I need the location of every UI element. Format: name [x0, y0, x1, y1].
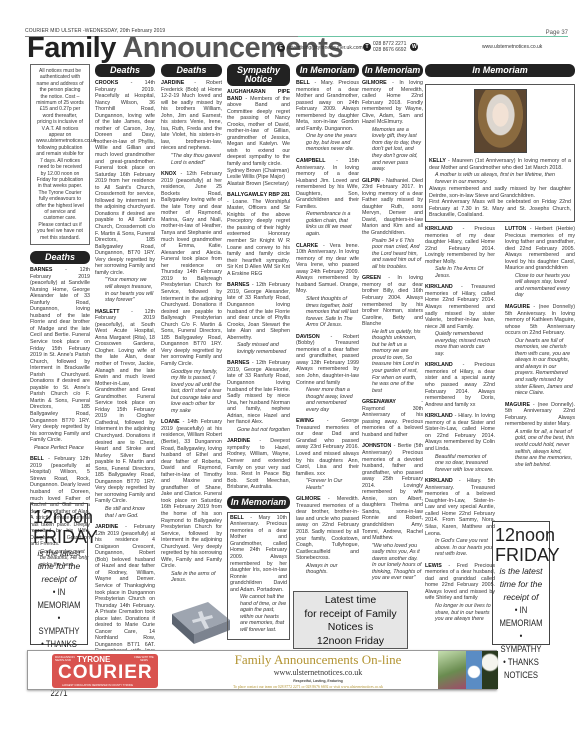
- column-2: Deaths CROOKS - 14th February 2019. Peac…: [95, 64, 155, 694]
- family-photo: [438, 651, 466, 689]
- kelly-memorial-box: KELLY - Maureen (1st Anniversary) In lov…: [425, 84, 575, 222]
- notice-item: MAGUIRE - (nee Donnelly). 5th Anniversar…: [505, 402, 575, 468]
- dove-photo: [466, 651, 482, 689]
- phone-2: 028 8676 6692: [373, 47, 406, 53]
- notice-info-box: All notices must be authenticated with n…: [30, 64, 90, 245]
- notice-item: JOHNSTON - Bertie (5th Anniversary) Prec…: [362, 443, 423, 581]
- notice-item: CAMPBELL - 15th Anniversary. In loving m…: [296, 158, 359, 238]
- column-1: All notices must be authenticated with n…: [30, 64, 90, 574]
- column-7: KIRKLAND - Precious memories of my dear …: [425, 226, 495, 628]
- column-7-header: In Memoriam: [425, 64, 575, 80]
- section-header-deaths: Deaths: [30, 251, 90, 264]
- notice-item: LEWIS - Fred Precious memories of a dear…: [425, 563, 495, 623]
- notice-item: KIRKLAND - Precious memories of my dear …: [425, 226, 495, 279]
- footer-url[interactable]: www.ulsternetnotices.co.uk: [198, 668, 438, 677]
- footer-contact: To place contact our team on 028 8772 22…: [168, 685, 448, 689]
- notice-item: CLARKE - Vera Irene. 10th Anniversary. I…: [296, 243, 359, 329]
- tyrone-courier-logo: DUNGANNON NEWS AND TYRONE FREE WITH THE …: [52, 654, 158, 688]
- notice-item: KIRKLAND - Precious memories of Hilary, …: [425, 362, 495, 408]
- email-contact[interactable]: E advertising@tyronecourier.uk.com: [277, 44, 363, 52]
- notice-item: BALLYGAWLEY RBP 281 - Loane. The Worship…: [227, 192, 290, 277]
- notice-item: KIRKLAND - Treasured memories of Hilary,…: [425, 284, 495, 357]
- notice-item: CROOKS - 14th February 2019. Peacefully …: [95, 80, 155, 304]
- bible-cross-icon: [168, 600, 232, 645]
- deadline-box-left: 12noon FRIDAY is the latest time for the…: [30, 503, 88, 645]
- memoriam-box: BELL - Mary 10th Anniversary. Precious m…: [227, 512, 290, 640]
- section-header-in-memoriam: In Memoriam: [425, 64, 575, 77]
- section-header-in-memoriam: In Memoriam: [362, 64, 423, 77]
- notice-item: BARNES - 12th February 2019, George Alex…: [227, 282, 290, 355]
- column-5: In Memoriam BELL - Mary. Precious memori…: [296, 64, 359, 581]
- column-8: LUTTON - Herbert (Herbie) Precious memor…: [505, 226, 575, 473]
- notice-item: GREEN - In loving memory of our dear bro…: [362, 275, 423, 394]
- notice-item: DAVISON - Robert (Bobby) Treasured memor…: [296, 334, 359, 414]
- notice-item: LOANE - 14th February 2019 (peacefully) …: [161, 419, 222, 584]
- deadline-box-right: 12noon FRIDAY is the latest time for the…: [492, 521, 550, 645]
- phone-icon: T: [363, 43, 371, 51]
- footer-banner[interactable]: DUNGANNON NEWS AND TYRONE FREE WITH THE …: [27, 650, 497, 690]
- website-contact[interactable]: www.ulsternetnotices.co.uk: [482, 44, 542, 50]
- footer-headline: Family Announcements On-line: [198, 652, 438, 667]
- email-link[interactable]: advertising@tyronecourier.uk.com: [287, 45, 363, 51]
- portrait-photo: [474, 89, 527, 153]
- column-6: In Memoriam GILMORE - In loving memory o…: [362, 64, 423, 587]
- notice-item: BARNES - 12th February 2019 (peacefully)…: [30, 267, 90, 451]
- notice-item: BELL - Mary. Precious memories of a dear…: [296, 80, 359, 153]
- notice-item: LUTTON - Herbert (Herbie) Precious memor…: [505, 226, 575, 299]
- notice-item: MAGUIRE - (nee Donnelly) 5th Anniversary…: [505, 304, 575, 397]
- notice-item: BARNES - 12th February 2019, George Alex…: [227, 360, 290, 433]
- section-header-sympathy: Sympathy Notice: [227, 64, 290, 86]
- email-icon: E: [277, 44, 285, 52]
- latest-time-box: Latest time for receipt of Family Notice…: [293, 591, 408, 649]
- notice-item: GILMORE - In loving memory of Meredith, …: [362, 80, 423, 173]
- website-link[interactable]: www.ulsternetnotices.co.uk: [482, 44, 542, 50]
- notice-item: GREENAWAY - Raymond 30th Anniversary of …: [362, 399, 423, 438]
- footer-slogan: Respectful, Lasting, Enduring: [198, 679, 438, 683]
- notice-item: GILMORE - Meredith. Treasured memories o…: [296, 496, 359, 576]
- web-icon: W: [410, 43, 418, 51]
- notice-item: KIRKLAND - Hilary. In loving memory of a…: [425, 413, 495, 473]
- section-header-in-memoriam: In Memoriam: [227, 496, 290, 509]
- notice-item: GILPIN - Nathaniel. Died 23rd February 2…: [362, 178, 423, 271]
- notice-item: AUGHAHARAN PIPE BAND - Members of the ab…: [227, 89, 290, 187]
- section-header-in-memoriam: In Memoriam: [296, 64, 359, 77]
- notice-item: JARDINE - Robert Frederick (Bob) at Home…: [161, 80, 222, 166]
- lily-photo: [482, 651, 498, 689]
- notice-item: JARDINE - Deepest sympathy to Hazel, Rod…: [227, 438, 290, 490]
- notice-item: KIRKLAND - Hilary. 5th Anniversary. Trea…: [425, 478, 495, 558]
- column-4: Sympathy Notice AUGHAHARAN PIPE BAND - M…: [227, 64, 290, 640]
- notice-item: HASLETT - 12th February 2019 (peacefully…: [95, 309, 155, 520]
- notice-item: EWING - George Treasured memories of our…: [296, 418, 359, 491]
- notice-item: KNOX - 12th February 2019 (peacefully) a…: [161, 171, 222, 414]
- section-header-deaths: Deaths: [161, 64, 222, 77]
- phone-contact: T 028 8772 2271 028 8676 6692 W: [363, 41, 418, 53]
- section-header-deaths: Deaths: [95, 64, 155, 77]
- column-3: Deaths JARDINE - Robert Frederick (Bob) …: [161, 64, 222, 589]
